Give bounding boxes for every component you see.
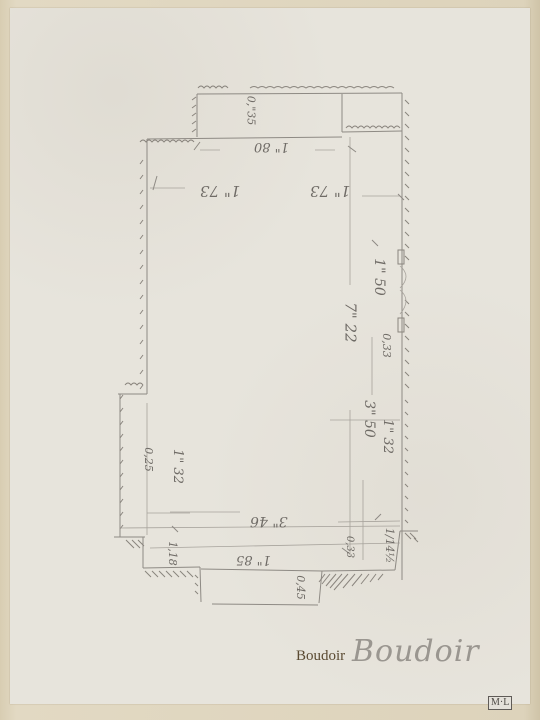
dim-left-lower: 1" 32	[171, 449, 184, 484]
dim-right-bottom: 1/14½	[384, 528, 395, 563]
dim-top-width: 1" 80	[254, 140, 289, 153]
dim-upper-left-span: 1" 73	[200, 183, 240, 198]
dim-door-width: 1" 85	[236, 553, 271, 566]
top-alcove	[192, 86, 402, 137]
dim-window-width: 1" 50	[372, 258, 386, 296]
reference-marks	[153, 142, 404, 554]
dim-upper-right-span: 1" 73	[310, 183, 350, 198]
dim-top-alcove-depth: 0,"35	[245, 96, 256, 126]
dim-total-length: 7" 22	[343, 302, 358, 342]
dim-right-total: 3" 50	[362, 400, 376, 438]
dim-corner-right-bottom: 0,33	[344, 536, 354, 558]
dim-left-recess: 0,25	[143, 447, 154, 472]
pencil-caption: Boudoir	[352, 634, 480, 669]
dim-right-lower: 1" 32	[381, 419, 394, 454]
ink-caption: Boudoir	[296, 648, 345, 665]
dim-bottom-width: 3" 46	[250, 514, 288, 528]
dim-left-bottom: 1,18	[167, 541, 178, 566]
dim-door-recess: 0,45	[295, 575, 306, 600]
dimension-lines	[120, 137, 400, 560]
dim-right-small: 0,33	[381, 333, 392, 358]
floor-plan-drawing	[0, 0, 540, 720]
collection-stamp: M·L	[488, 696, 512, 710]
